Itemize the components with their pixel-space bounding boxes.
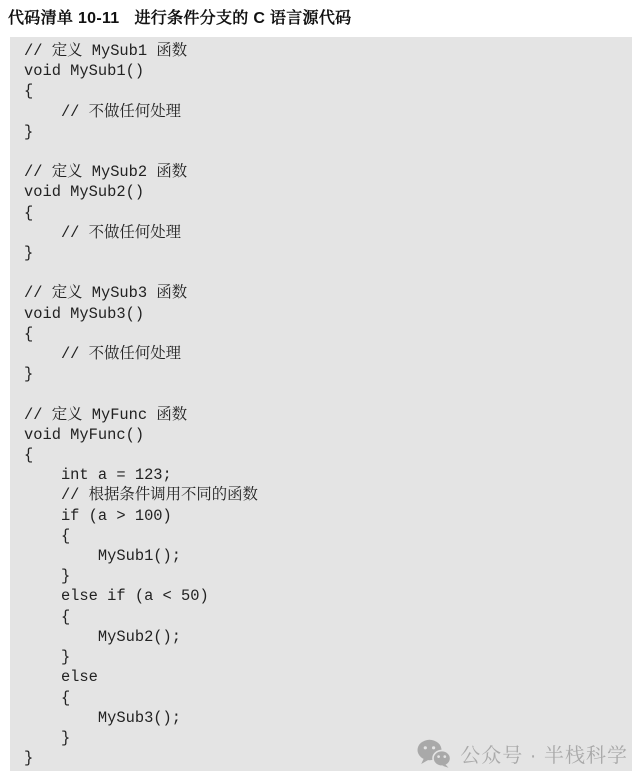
watermark: 公众号 · 半栈科学 [417,739,628,768]
listing-caption: 进行条件分支的 C 语言源代码 [134,10,351,27]
watermark-text: 公众号 · 半栈科学 [460,739,628,768]
listing-title: 代码清单 10-11进行条件分支的 C 语言源代码 [8,5,351,28]
code-block: // 定义 MySub1 函数 void MySub1() { // 不做任何处… [10,37,632,771]
code-text: // 定义 MySub1 函数 void MySub1() { // 不做任何处… [24,41,632,768]
listing-label: 代码清单 10-11 [8,10,119,27]
wechat-icon [417,739,451,768]
